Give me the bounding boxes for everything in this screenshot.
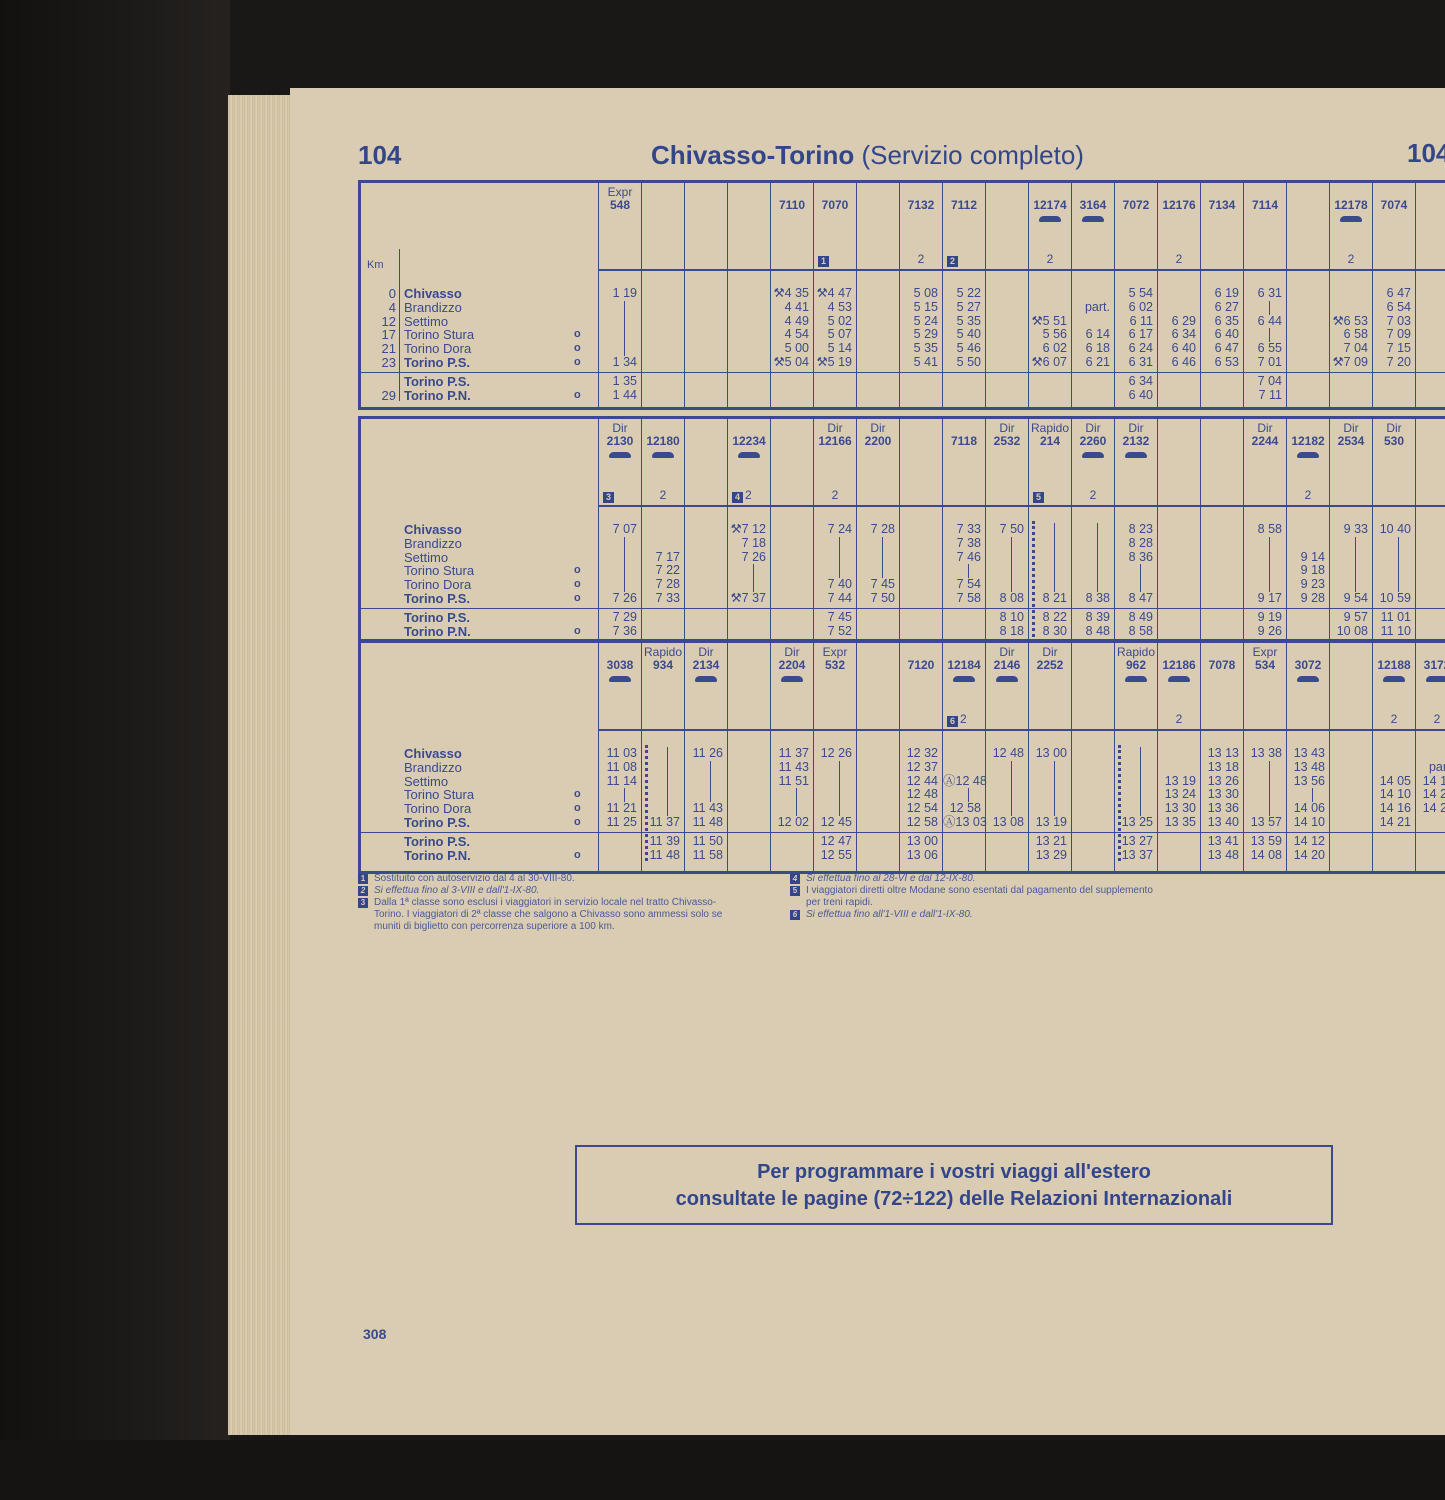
passes-through-line [986,578,1024,592]
passes-through-line [642,802,680,816]
passes-through-line [1029,761,1067,775]
train-type: Expr [814,645,856,659]
passes-through-line [1244,761,1282,775]
time-cell: 12 58 [943,802,981,816]
station-name: Torino Stura [404,787,474,802]
station-row: Chivasso [369,523,474,537]
pass-line-icon [1140,775,1142,789]
time-cell [1330,375,1368,389]
train-column-7070: 70701⚒4 474 535 025 075 14⚒5 19 [813,183,856,407]
time-cell: 5 27 [943,301,981,315]
train-column-7120: 712012 3212 3712 4412 4812 5412 5813 001… [899,643,942,871]
train-column-7112: 711225 225 275 355 405 465 50 [942,183,985,407]
train-column-7078: 707813 1313 1813 2613 3013 3613 4013 411… [1200,643,1243,871]
time-cell: 12 02 [771,816,809,830]
passes-through-line [1330,578,1368,592]
empty-column [856,643,899,871]
time-cell [771,835,809,849]
passes-through-line [986,802,1024,816]
passes-through-line [1115,761,1153,775]
time-cell: 7 18 [728,537,766,551]
time-cell: 11 21 [599,802,637,816]
train-type: Dir [1029,645,1071,659]
pass-line-icon [1097,564,1099,578]
time-cell [1416,816,1445,830]
through-car-icon [781,676,803,682]
time-cell: 13 57 [1244,816,1282,830]
train-column-2134: Dir213411 2611 4311 4811 5011 58 [684,643,727,871]
time-cell [599,849,637,863]
time-cell: 7 50 [986,523,1024,537]
time-cell [1201,375,1239,389]
station-name: Torino P.N. [404,848,471,863]
train-type: Expr [599,185,641,199]
train-type: Dir [685,645,727,659]
time-cell: 13 38 [1244,747,1282,761]
passes-through-line [1115,802,1153,816]
time-cell: 14 08 [1244,849,1282,863]
time-cell: 6 27 [1201,301,1239,315]
passes-through-line [986,551,1024,565]
time-cell [814,389,852,403]
train-number: 12186 [1158,658,1200,672]
train-column-962: Rapido96213 2513 2713 37 [1114,643,1157,871]
pass-line-icon [882,564,884,578]
train-number: 2132 [1115,434,1157,448]
passes-through-line [1072,578,1110,592]
pass-line-icon [839,564,841,578]
passes-through-line [599,537,637,551]
time-cell: 14 05 [1373,775,1411,789]
pass-line-icon [1011,564,1013,578]
station-name: Settimo [404,550,448,565]
time-cell [986,849,1024,863]
passes-through-line [1244,564,1282,578]
time-cell: part. [1416,761,1445,775]
through-car-icon [996,676,1018,682]
train-number: 2532 [986,434,1028,448]
class-indicator: 2 [900,252,942,266]
pass-line-icon [1355,537,1357,551]
time-list: ⚒5 515 566 02⚒6 07 [1029,287,1067,402]
time-cell [1072,287,1110,301]
footnote-2: 2Si effettua fino al 3-VIII e dall'1-IX-… [358,885,728,897]
station-row: 21Torino Dorao [369,342,474,356]
train-number: 7078 [1201,658,1243,672]
train-column-3164: 3164part.6 146 186 21 [1071,183,1114,407]
pass-line-icon [1054,578,1056,592]
time-cell: 13 59 [1244,835,1282,849]
time-cell: 6 02 [1029,342,1067,356]
train-column-530: Dir53010 4010 5911 0111 10 [1372,419,1415,639]
time-cell [1416,835,1445,849]
time-list: 11 0311 0811 1411 2111 25 [599,747,637,862]
pass-line-icon [1398,551,1400,565]
time-list: 6 316 446 557 017 047 11 [1244,287,1282,402]
train-number: 7118 [943,434,985,448]
station-column: Km0Chivasso4Brandizzo12Settimo17Torino S… [361,183,596,407]
passes-through-line [1072,564,1110,578]
footnote-text: Si effettua fino al 3-VIII e dall'1-IX-8… [374,885,539,896]
pass-line-icon [667,775,669,789]
train-type: Rapido [642,645,684,659]
time-cell: 7 28 [642,578,680,592]
passes-through-line [1373,564,1411,578]
pass-line-icon [624,301,626,315]
train-type: Dir [1244,421,1286,435]
time-cell: 7 46 [943,551,981,565]
train-type: Dir [1373,421,1415,435]
through-car-icon [609,452,631,458]
station-name: Chivasso [404,522,462,537]
footnotes-left: 1Sostituito con autoservizio dal 4 al 30… [358,873,728,933]
through-car-icon [953,676,975,682]
time-cell: 5 46 [943,342,981,356]
passes-through-line [814,537,852,551]
time-cell: 6 53 [1201,356,1239,370]
time-cell: ⚒7 12 [728,523,766,537]
footnote-6: 6Si effettua fino all'1-VIII e dall'1-IX… [790,909,1160,921]
train-column-2200: Dir22007 287 457 50 [856,419,899,639]
time-cell: 5 35 [900,342,938,356]
time-cell: 5 08 [900,287,938,301]
station-name: Torino Dora [404,577,471,592]
time-cell: 6 31 [1115,356,1153,370]
time-cell: 7 44 [814,592,852,606]
time-cell: 14 21 [1373,816,1411,830]
station-name: Brandizzo [404,536,462,551]
time-cell [1330,287,1368,301]
passes-through-line [1029,537,1067,551]
time-cell [1373,835,1411,849]
station-row: Torino Dorao [369,578,474,592]
train-column-534: Expr53413 3813 5713 5914 08 [1243,643,1286,871]
time-cell [943,761,981,775]
pass-line-icon [1398,537,1400,551]
time-cell: 9 26 [1244,625,1282,639]
time-list: 6 476 547 037 097 157 20 [1373,287,1411,402]
passes-through-line [728,578,766,592]
pass-line-icon [624,537,626,551]
time-cell: 9 33 [1330,523,1368,537]
train-number: 534 [1244,658,1286,672]
time-list: 13 3813 5713 5914 08 [1244,747,1282,862]
time-cell: 1 44 [599,389,637,403]
train-column-7072: 70725 546 026 116 176 246 316 346 40 [1114,183,1157,407]
passes-through-line [771,802,809,816]
through-car-icon [1168,676,1190,682]
time-cell [1373,761,1411,775]
time-cell: 4 53 [814,301,852,315]
footnote-marker: 62 [947,712,967,727]
time-list: 11 3711 3911 48 [642,747,680,862]
time-cell [771,849,809,863]
train-column-12234: 1223442⚒7 127 187 26⚒7 37 [727,419,770,639]
time-cell: 9 18 [1287,564,1325,578]
time-cell [1373,389,1411,403]
time-cell: 5 50 [943,356,981,370]
time-cell [1373,747,1411,761]
time-cell [642,523,680,537]
time-cell: 7 45 [857,578,895,592]
time-cell [771,375,809,389]
time-cell: 7 07 [599,523,637,537]
pass-line-icon [1054,775,1056,789]
time-cell [728,625,766,639]
pass-line-icon [710,788,712,802]
station-name: Torino Stura [404,563,474,578]
passes-through-line [1029,802,1067,816]
time-cell: 9 14 [1287,551,1325,565]
passes-through-line [814,775,852,789]
pass-line-icon [1011,775,1013,789]
time-cell: 13 25 [1115,816,1153,830]
train-number: 2204 [771,658,813,672]
time-cell: 14 22 [1416,788,1445,802]
time-cell: 6 24 [1115,342,1153,356]
international-relations-banner: Per programmare i vostri viaggi all'este… [575,1145,1333,1225]
time-cell: 6 34 [1115,375,1153,389]
train-type: Dir [814,421,856,435]
station-row: Torino Dorao [369,802,474,816]
train-number: 3072 [1287,658,1329,672]
time-cell: 13 08 [986,816,1024,830]
footnote-marker: 1 [818,252,831,267]
station-name: Torino Stura [404,327,474,342]
time-cell [1158,389,1196,403]
station-name: Settimo [404,774,448,789]
passes-through-line [1029,775,1067,789]
footnote-text: Sostituito con autoservizio dal 4 al 30-… [374,873,575,884]
time-cell: 7 58 [943,592,981,606]
time-cell [900,375,938,389]
footnote-3: 3Dalla 1ª classe sono esclusi i viaggiat… [358,897,728,933]
train-column-7114: 71146 316 446 557 017 047 11 [1243,183,1286,407]
train-column-2204: Dir220411 3711 4311 5112 02 [770,643,813,871]
pass-line-icon [796,802,798,816]
pass-line-icon [1054,788,1056,802]
train-column-2130: Dir213037 077 267 297 36 [598,419,641,639]
footnote-box-icon: 3 [603,492,614,503]
station-row: Chivasso [369,747,474,761]
time-cell: 6 31 [1244,287,1282,301]
train-type: Dir [986,421,1028,435]
time-cell: 1 19 [599,287,637,301]
train-number: 12180 [642,434,684,448]
pass-line-icon [1269,564,1271,578]
passes-through-line [1373,578,1411,592]
train-number: 2130 [599,434,641,448]
station-name: Brandizzo [404,760,462,775]
time-cell: 6 14 [1072,328,1110,342]
passes-through-line [771,788,809,802]
station-row: Torino P.S. [369,835,474,849]
passes-through-line [1330,537,1368,551]
time-list: 8 589 179 199 26 [1244,523,1282,638]
time-cell: 5 41 [900,356,938,370]
empty-column [1200,419,1243,639]
empty-column [1286,183,1329,407]
train-number: 214 [1029,434,1071,448]
time-cell: 13 30 [1158,802,1196,816]
time-cell: ⚒7 37 [728,592,766,606]
time-cell [1158,761,1196,775]
pass-line-icon [1140,578,1142,592]
through-car-icon [738,452,760,458]
time-cell: 6 35 [1201,315,1239,329]
station-row: Torino P.N.o [369,625,474,639]
passes-through-line [599,788,637,802]
city-station-circle-icon: o [574,356,581,370]
time-list: 14 0514 1014 1614 21 [1373,747,1411,862]
footnote-4: 4Si effettua fino al 28-VI e dal 12-IX-8… [790,873,1160,885]
time-cell: 6 47 [1201,342,1239,356]
pass-line-icon [1011,802,1013,816]
time-cell: ⚒5 04 [771,356,809,370]
passes-through-line [1244,551,1282,565]
pass-line-icon [839,537,841,551]
time-cell: 7 26 [599,592,637,606]
train-column-3172: 31722part.14 1814 2214 26 [1415,643,1445,871]
time-cell: 14 06 [1287,802,1325,816]
time-cell [728,611,766,625]
train-type: Dir [857,421,899,435]
pass-line-icon [839,802,841,816]
time-cell: 7 33 [642,592,680,606]
time-cell: 12 55 [814,849,852,863]
time-list: 10 4010 5911 0111 10 [1373,523,1411,638]
passes-through-line [1244,328,1282,342]
pass-line-icon [624,551,626,565]
time-list: 13 2513 2713 37 [1115,747,1153,862]
time-cell: 6 44 [1244,315,1282,329]
time-cell: 8 49 [1115,611,1153,625]
time-cell [1416,849,1445,863]
time-cell: 7 11 [1244,389,1282,403]
footnote-text: Dalla 1ª classe sono esclusi i viaggiato… [374,897,722,932]
empty-column [1329,643,1372,871]
passes-through-line [857,564,895,578]
time-list: 13 0013 1913 2113 29 [1029,747,1067,862]
station-name: Torino P.S. [404,610,470,625]
time-cell: 8 58 [1244,523,1282,537]
train-number: 2134 [685,658,727,672]
pass-line-icon [1054,564,1056,578]
time-list: 8 238 288 368 478 498 58 [1115,523,1153,638]
pass-line-icon [1355,578,1357,592]
time-cell: 12 47 [814,835,852,849]
time-cell [1072,375,1110,389]
time-cell: 13 18 [1201,761,1239,775]
passes-through-line [728,564,766,578]
train-number: 2200 [857,434,899,448]
footnote-box-icon: 2 [947,256,958,267]
train-number: 7132 [900,198,942,212]
through-car-icon [1426,676,1445,682]
time-cell: 11 37 [642,816,680,830]
time-cell [1072,389,1110,403]
train-number: 7112 [943,198,985,212]
time-cell: 7 54 [943,578,981,592]
passes-through-line [814,788,852,802]
time-cell [986,835,1024,849]
station-km: 12 [369,315,396,329]
time-list: 12 2612 4512 4712 55 [814,747,852,862]
train-number: 3164 [1072,198,1114,212]
station-name: Settimo [404,314,448,329]
time-cell [1158,849,1196,863]
through-car-icon [1082,452,1104,458]
class-indicator: 2 [1029,252,1071,266]
time-cell [1158,375,1196,389]
passes-through-line [599,564,637,578]
time-cell: 13 00 [1029,747,1067,761]
time-cell: 11 43 [685,802,723,816]
train-number: 3172 [1416,658,1445,672]
class-indicator: 2 [1287,488,1329,502]
time-cell: 5 02 [814,315,852,329]
class-indicator: 2 [960,712,967,726]
time-cell: 11 03 [599,747,637,761]
train-number: 12234 [728,434,770,448]
empty-column [684,419,727,639]
pass-line-icon [1140,802,1142,816]
train-column-3072: 307213 4313 4813 5614 0614 1014 1214 20 [1286,643,1329,871]
passes-through-line [685,788,723,802]
time-cell [1029,301,1067,315]
through-car-icon [695,676,717,682]
through-car-icon [1340,216,1362,222]
time-cell: 5 22 [943,287,981,301]
time-cell: 9 57 [1330,611,1368,625]
time-cell: 5 24 [900,315,938,329]
train-column-2532: Dir25327 508 088 108 18 [985,419,1028,639]
train-column-548: Expr5481 191 341 351 44 [598,183,641,407]
station-name: Torino P.S. [404,815,470,830]
through-car-icon [609,676,631,682]
pass-line-icon [1054,523,1056,537]
time-list: 13 4313 4813 5614 0614 1014 1214 20 [1287,747,1325,862]
train-type: Dir [771,645,813,659]
time-cell: 13 19 [1158,775,1196,789]
pass-line-icon [1355,564,1357,578]
time-list: 7 287 457 50 [857,523,895,638]
station-row: Torino P.S.o [369,592,474,606]
page-title: Chivasso-Torino (Servizio completo) [290,140,1445,171]
time-cell: 11 50 [685,835,723,849]
station-row: 23Torino P.S.o [369,356,474,370]
background-dark-left [0,0,230,1500]
passes-through-line [1244,788,1282,802]
time-cell: Ⓐ12 48 [943,775,981,789]
train-number: 7070 [814,198,856,212]
time-cell: 7 04 [1330,342,1368,356]
time-cell: 9 17 [1244,592,1282,606]
time-cell: 7 33 [943,523,981,537]
class-indicator: 2 [1330,252,1372,266]
time-cell: 5 15 [900,301,938,315]
city-station-circle-icon: o [574,816,581,830]
time-cell: 6 40 [1115,389,1153,403]
passes-through-line [814,564,852,578]
time-list: 11 3711 4311 5112 02 [771,747,809,862]
time-cell: 12 26 [814,747,852,761]
train-number: 2534 [1330,434,1372,448]
passes-through-line [1330,564,1368,578]
pass-line-icon [882,551,884,565]
footnote-number-icon: 6 [790,910,800,920]
train-type: Expr [1244,645,1286,659]
